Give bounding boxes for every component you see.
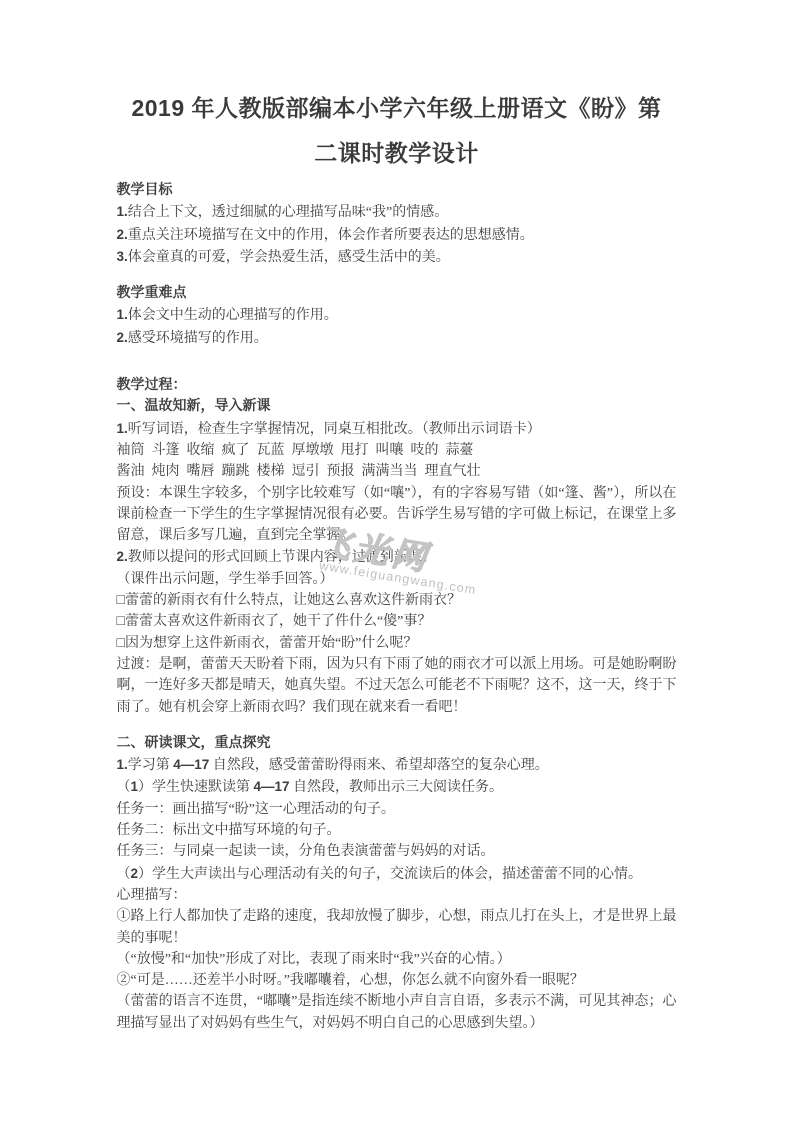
paragraph-spacer — [117, 718, 677, 733]
section-heading: 教学过程： — [117, 375, 677, 396]
section-heading: 教学重难点 — [117, 283, 677, 304]
paragraph: （1）学生快速默读第 4—17 自然段，教师出示三大阅读任务。 — [117, 776, 677, 798]
section-heading: 一、温故知新，导入新课 — [117, 396, 677, 417]
paragraph: 心理描写： — [117, 885, 677, 906]
paragraph: □蕾蕾的新雨衣有什么特点，让她这么喜欢这件新雨衣？ — [117, 590, 677, 611]
paragraph: □因为想穿上这件新雨衣，蕾蕾开始“盼”什么呢？ — [117, 633, 677, 654]
section-heading: 二、研读课文，重点探究 — [117, 733, 677, 754]
paragraph: 2.感受环境描写的作用。 — [117, 327, 677, 349]
paragraph: ①路上行人都加快了走路的速度，我却放慢了脚步，心想，雨点儿打在头上，才是世界上最… — [117, 906, 677, 949]
document-body: 教学目标1.结合上下文，透过细腻的心理描写品味“我”的情感。2.重点关注环境描写… — [117, 180, 677, 1034]
paragraph: 酱油 炖肉 嘴唇 蹦跳 楼梯 逗引 预报 满满当当 理直气壮 — [117, 461, 677, 482]
document-page: 飞光网 www.feiguangwang.com 2019 年人教版部编本小学六… — [0, 0, 793, 1122]
paragraph: 2.重点关注环境描写在文中的作用，体会作者所要表达的思想感情。 — [117, 224, 677, 246]
paragraph: （蕾蕾的语言不连贯，“嘟囔”是指连续不断地小声自言自语，多表示不满，可见其神态；… — [117, 991, 677, 1034]
paragraph-spacer — [117, 349, 677, 375]
paragraph: 1.结合上下文，透过细腻的心理描写品味“我”的情感。 — [117, 201, 677, 223]
paragraph: 3.体会童真的可爱，学会热爱生活，感受生活中的美。 — [117, 246, 677, 268]
paragraph: 1.听写词语，检查生字掌握情况，同桌互相批改。（教师出示词语卡） — [117, 418, 677, 440]
paragraph: 任务三：与同桌一起读一读，分角色表演蕾蕾与妈妈的对话。 — [117, 841, 677, 862]
document-content: 2019 年人教版部编本小学六年级上册语文《盼》第二课时教学设计 教学目标1.结… — [117, 0, 677, 1034]
paragraph: 任务二：标出文中描写环境的句子。 — [117, 820, 677, 841]
document-title: 2019 年人教版部编本小学六年级上册语文《盼》第二课时教学设计 — [127, 86, 667, 176]
paragraph: （课件出示问题，学生举手回答。） — [117, 569, 677, 590]
paragraph: □蕾蕾太喜欢这件新雨衣了，她干了件什么“傻”事？ — [117, 611, 677, 632]
paragraph: 预设：本课生字较多，个别字比较难写（如“嚷”），有的字容易写错（如“篷、酱”），… — [117, 483, 677, 547]
paragraph-spacer — [117, 268, 677, 283]
paragraph: （2）学生大声读出与心理活动有关的句子，交流读后的体会，描述蕾蕾不同的心情。 — [117, 863, 677, 885]
paragraph: 过渡：是啊，蕾蕾天天盼着下雨，因为只有下雨了她的雨衣才可以派上用场。可是她盼啊盼… — [117, 654, 677, 718]
paragraph: 2.教师以提问的形式回顾上节课内容，过渡到新课。 — [117, 546, 677, 568]
paragraph: 袖筒 斗篷 收缩 疯了 瓦蓝 厚墩墩 甩打 叫嚷 吱的 蒜薹 — [117, 440, 677, 461]
paragraph: 任务一：画出描写“盼”这一心理活动的句子。 — [117, 799, 677, 820]
paragraph: （“放慢”和“加快”形成了对比，表现了雨来时“我”兴奋的心情。） — [117, 949, 677, 970]
paragraph: ②“可是……还差半小时呀。”我嘟囔着，心想，你怎么就不向窗外看一眼呢？ — [117, 970, 677, 991]
paragraph: 1.体会文中生动的心理描写的作用。 — [117, 304, 677, 326]
paragraph: 1.学习第 4—17 自然段，感受蕾蕾盼得雨来、希望却落空的复杂心理。 — [117, 754, 677, 776]
section-heading: 教学目标 — [117, 180, 677, 201]
